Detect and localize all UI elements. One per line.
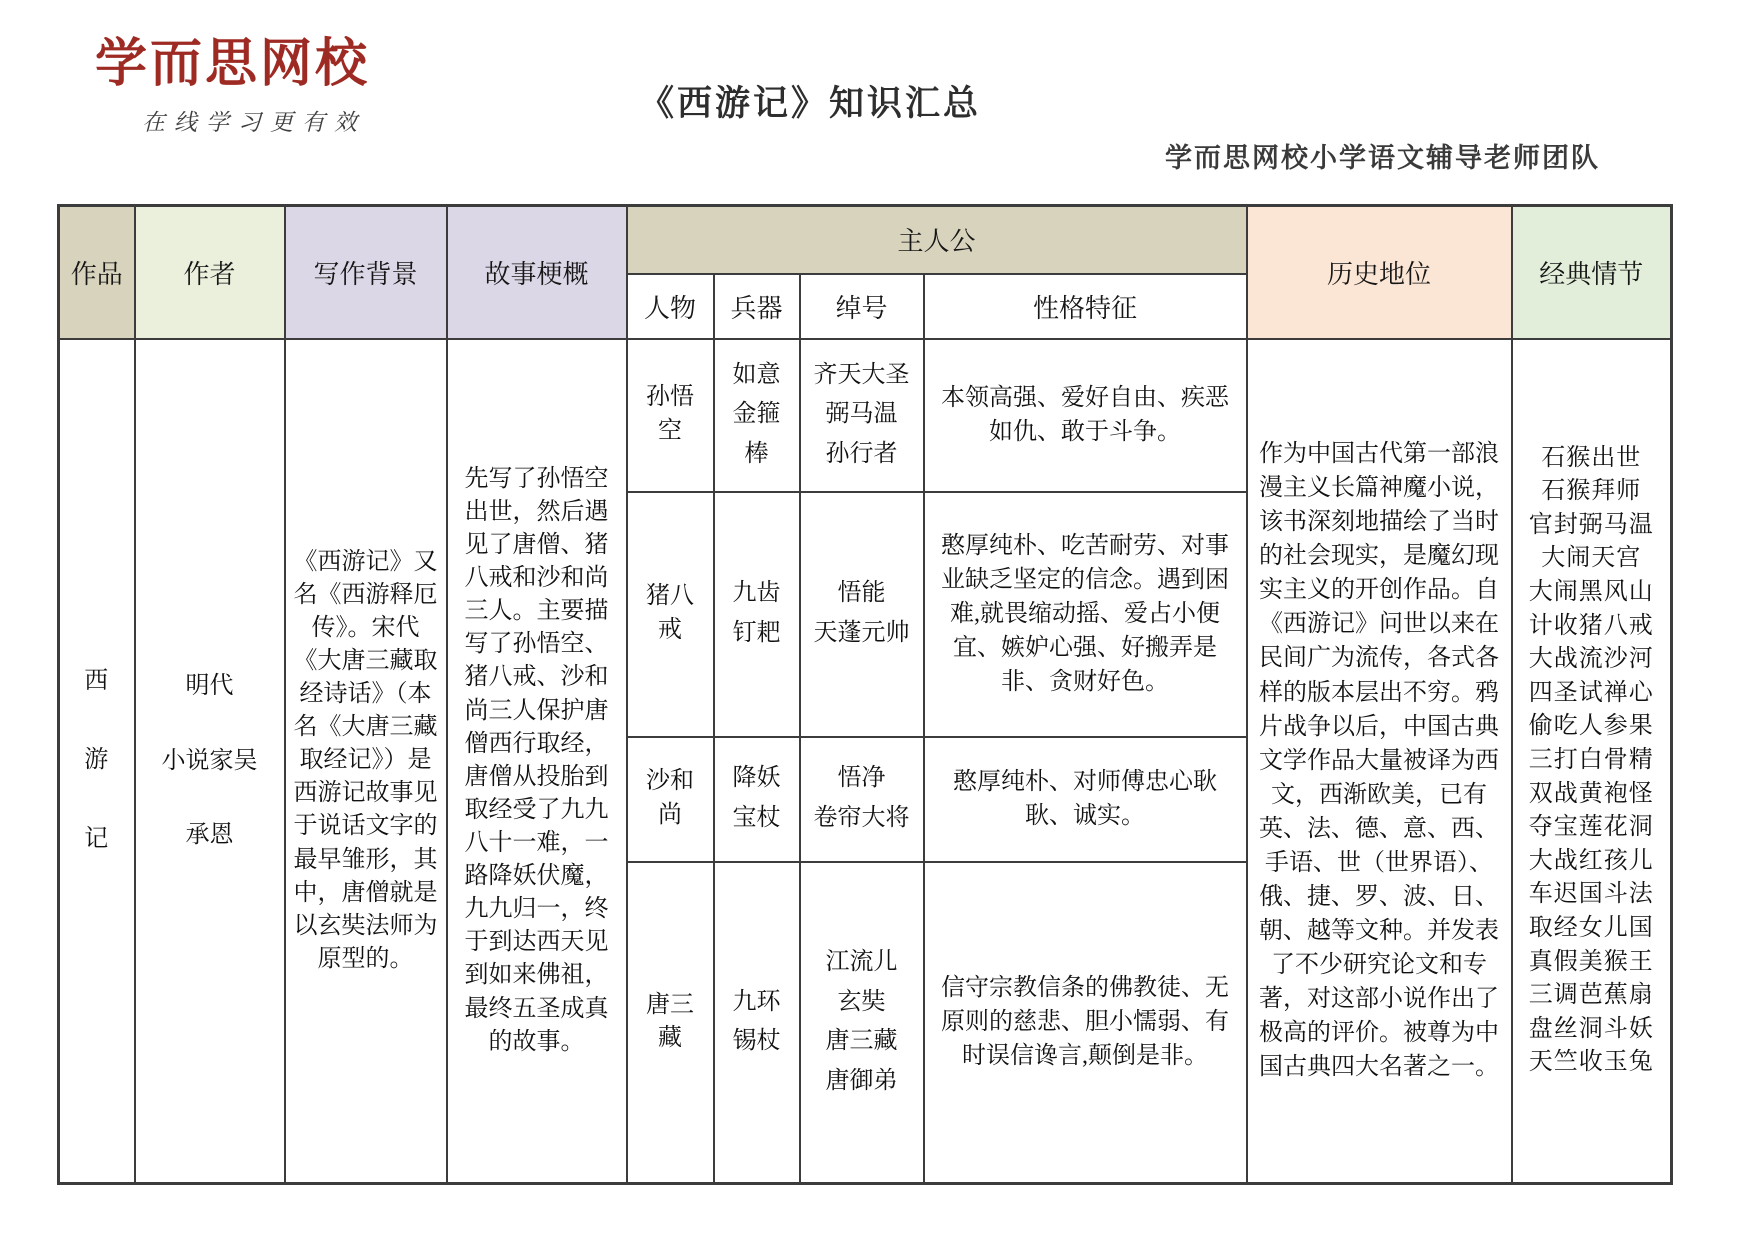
weapon-cell: 降妖 宝杖: [714, 737, 800, 862]
header-synopsis: 故事梗概: [447, 206, 627, 339]
protagonist-name-cell: 沙和尚: [627, 737, 714, 862]
subheader-character: 人物: [627, 274, 714, 339]
header-protagonists: 主人公: [627, 206, 1247, 274]
synopsis-cell: 先写了孙悟空出世，然后遇见了唐僧、猪八戒和沙和尚三人。主要描写了孙悟空、猪八戒、…: [447, 339, 627, 1184]
header-work: 作品: [59, 206, 135, 339]
protagonist-name-cell: 猪八戒: [627, 492, 714, 737]
traits-cell: 憨厚纯朴、对师傅忠心耿耿、诚实。: [924, 737, 1247, 862]
protagonist-row-sunwukong: 西 游 记 明代 小说家吴 承恩 《西游记》又名《西游释厄传》。宋代《大唐三藏取…: [59, 339, 1672, 492]
nickname-cell: 江流儿 玄奘 唐三藏 唐御弟: [800, 862, 924, 1184]
subheader-nickname: 绰号: [800, 274, 924, 339]
status-cell: 作为中国古代第一部浪漫主义长篇神魔小说，该书深刻地描绘了当时的社会现实，是魔幻现…: [1247, 339, 1512, 1184]
traits-cell: 憨厚纯朴、吃苦耐劳、对事业缺乏坚定的信念。遇到困难,就畏缩动摇、爱占小便宜、嫉妒…: [924, 492, 1247, 737]
plots-cell: 石猴出世 石猴拜师 官封弼马温 大闹天宫 大闹黑风山 计收猪八戒 大战流沙河 四…: [1512, 339, 1672, 1184]
header-status: 历史地位: [1247, 206, 1512, 339]
protagonist-name-cell: 孙悟空: [627, 339, 714, 492]
work-cell: 西 游 记: [59, 339, 135, 1184]
nickname-cell: 悟能 天蓬元帅: [800, 492, 924, 737]
author-cell: 明代 小说家吴 承恩: [135, 339, 285, 1184]
weapon-cell: 九齿 钉耙: [714, 492, 800, 737]
subheader-weapon: 兵器: [714, 274, 800, 339]
header-background: 写作背景: [285, 206, 447, 339]
weapon-cell: 九环 锡杖: [714, 862, 800, 1184]
weapon-cell: 如意 金箍棒: [714, 339, 800, 492]
background-cell: 《西游记》又名《西游释厄传》。宋代《大唐三藏取经诗话》（本名《大唐三藏取经记》）…: [285, 339, 447, 1184]
page-title: 《西游记》知识汇总: [0, 76, 1620, 126]
protagonist-name-cell: 唐三藏: [627, 862, 714, 1184]
header-plots: 经典情节: [1512, 206, 1672, 339]
header-author: 作者: [135, 206, 285, 339]
header-row: 作品 作者 写作背景 故事梗概 主人公 历史地位 经典情节: [59, 206, 1672, 274]
subheader-traits: 性格特征: [924, 274, 1247, 339]
page-subtitle: 学而思网校小学语文辅导老师团队: [0, 136, 1600, 175]
nickname-cell: 齐天大圣 弼马温 孙行者: [800, 339, 924, 492]
traits-cell: 本领高强、爱好自由、疾恶如仇、敢于斗争。: [924, 339, 1247, 492]
traits-cell: 信守宗教信条的佛教徒、无原则的慈悲、胆小懦弱、有时误信谗言,颠倒是非。: [924, 862, 1247, 1184]
nickname-cell: 悟净 卷帘大将: [800, 737, 924, 862]
knowledge-table: 作品 作者 写作背景 故事梗概 主人公 历史地位 经典情节 人物 兵器 绰号 性…: [57, 204, 1673, 1185]
